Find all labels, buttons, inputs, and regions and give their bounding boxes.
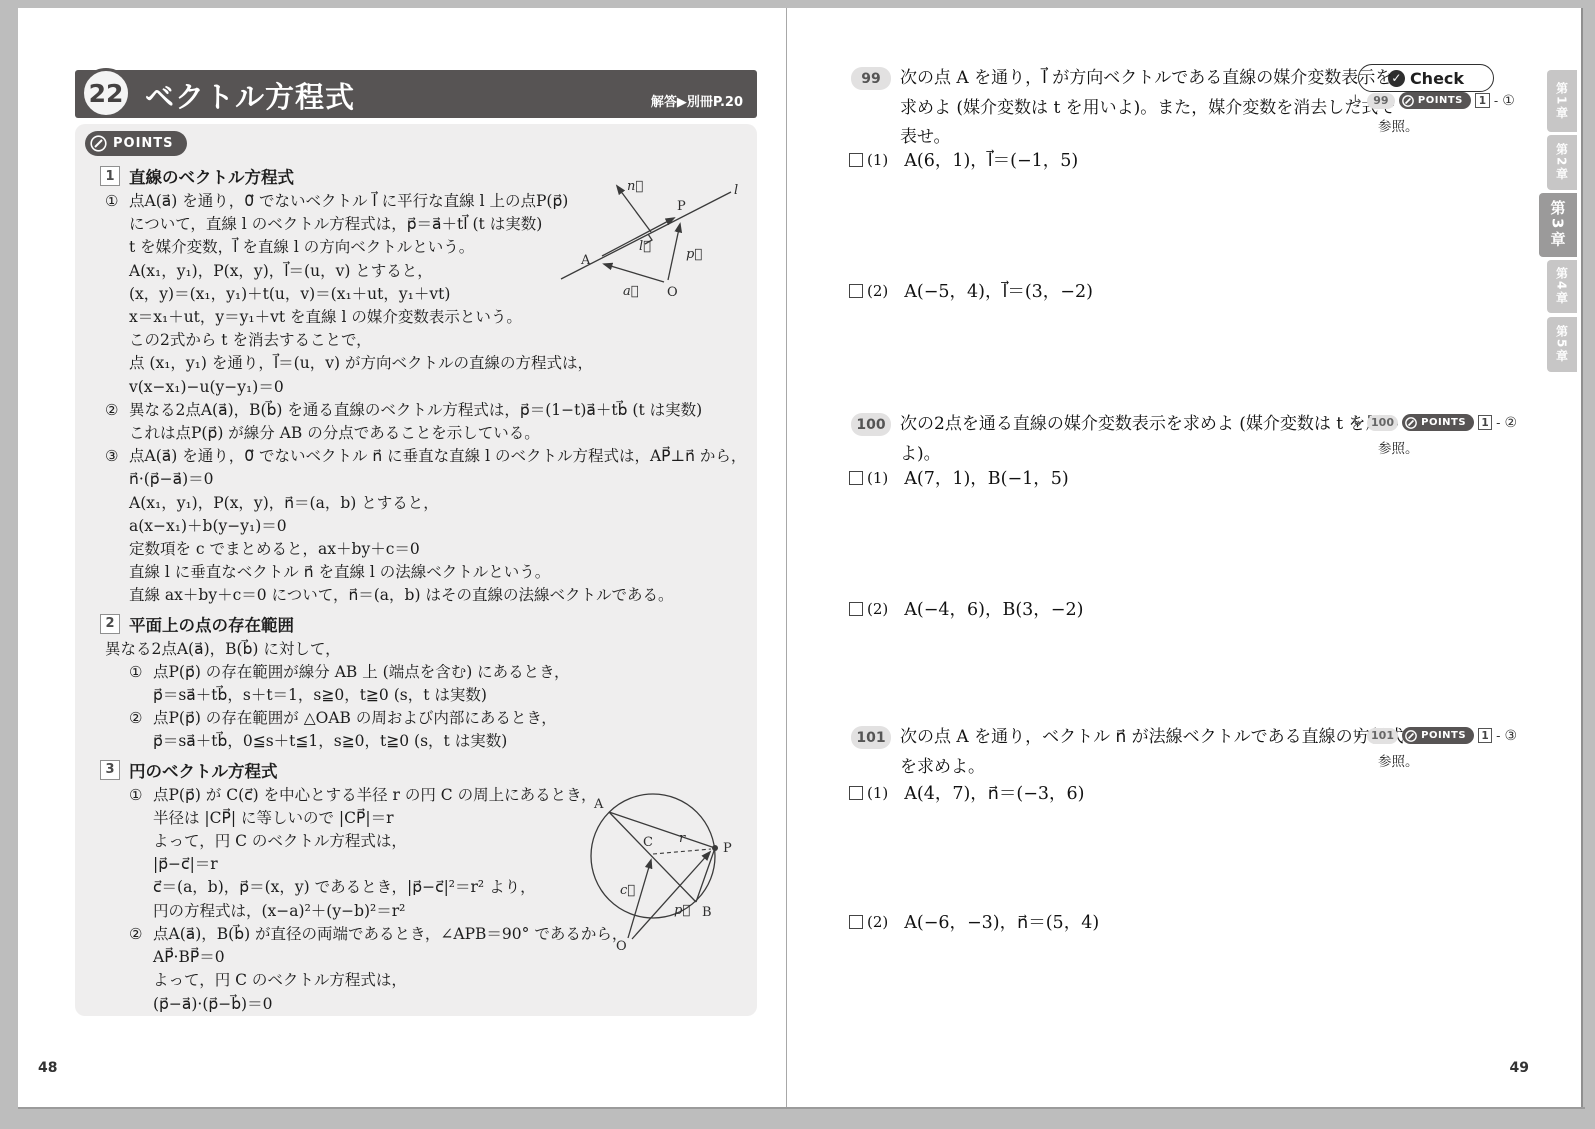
reference-row: ↳99POINTS1-①	[1352, 92, 1517, 109]
unit-header-bar: 22 ベクトル方程式 解答▶別冊P.20	[75, 70, 757, 118]
points-line: p⃗＝sa⃗＋tb⃗，s＋t＝1，s≧0，t≧0 (s，t は実数)	[87, 684, 749, 707]
reference-row: ↳100POINTS1-②	[1352, 414, 1517, 431]
problem-part: (1)A(6，1)，l⃗＝(−1，5)	[849, 147, 1078, 172]
points-line-text: について，直線 l のベクトル方程式は，p⃗＝a⃗＋tl⃗ (t は実数)	[129, 215, 542, 233]
points-line: v(x−x₁)−u(y−y₁)＝0	[87, 376, 749, 399]
points-line: a(x−x₁)＋b(y−y₁)＝0	[87, 515, 749, 538]
points-line-text: a(x−x₁)＋b(y−y₁)＝0	[129, 517, 287, 535]
diagram-label-n-vec: n⃗	[627, 179, 643, 194]
section-title: 平面上の点の存在範囲	[129, 612, 294, 636]
points-reference: ↳100POINTS1-②参照。	[1352, 414, 1517, 457]
ref-points-label: POINTS	[1421, 417, 1466, 428]
points-line-text: n⃗·(p⃗−a⃗)＝0	[129, 470, 214, 488]
ref-item-number: ②	[1504, 415, 1517, 431]
section-number: 2	[100, 614, 120, 634]
ref-points-label: POINTS	[1421, 730, 1466, 741]
chapter-tab-5[interactable]: 第5章	[1547, 317, 1577, 372]
points-line: ②異なる2点A(a⃗)，B(b⃗) を通る直線のベクトル方程式は，p⃗＝(1−t…	[87, 399, 749, 422]
item-marker: ①	[129, 661, 142, 684]
points-line-text: よって，円 C のベクトル方程式は，	[153, 832, 407, 850]
points-line-text: 点P(p⃗) の存在範囲が線分 AB 上 (端点を含む) にあるとき，	[153, 663, 570, 681]
problem-statement: 次の点 A を通り，l⃗ が方向ベクトルである直線の媒介変数表示を求めよ (媒介…	[900, 64, 1405, 153]
ref-arrow-icon: ↳	[1352, 93, 1363, 108]
ref-problem-number: 101	[1367, 728, 1398, 744]
problem: 99次の点 A を通り，l⃗ が方向ベクトルである直線の媒介変数表示を求めよ (…	[787, 64, 1583, 374]
ref-section-number: 1	[1478, 728, 1492, 743]
points-reference: ↳101POINTS1-③参照。	[1352, 727, 1517, 770]
points-line: ①点P(p⃗) の存在範囲が線分 AB 上 (端点を含む) にあるとき，	[87, 661, 749, 684]
points-line: ②点P(p⃗) の存在範囲が △OAB の周および内部にあるとき，	[87, 707, 749, 730]
problem-statement: 次の点 A を通り，ベクトル n⃗ が法線ベクトルである直線の方程式を求めよ。	[900, 723, 1405, 782]
ref-suffix: 参照。	[1378, 115, 1517, 135]
points-line: 直線 ax＋by＋c＝0 について，n⃗＝(a，b) はその直線の法線ベクトルで…	[87, 584, 749, 607]
section-number: 3	[100, 760, 120, 780]
points-line-text: よって，円 C のベクトル方程式は，	[153, 971, 407, 989]
diagram-label-r: r	[679, 831, 686, 846]
points-line-text: この2式から t を消去することで，	[129, 331, 372, 349]
section-title: 円のベクトル方程式	[129, 758, 278, 782]
points-line-text: (p⃗−a⃗)·(p⃗−b⃗)＝0	[153, 995, 272, 1013]
diagram-label-P: P	[723, 841, 732, 856]
part-label: (1)	[867, 784, 888, 802]
part-text: A(−6，−3)，n⃗＝(5，4)	[904, 909, 1099, 934]
diagram-label-a-vec: a⃗	[623, 284, 639, 299]
unit-number-badge: 22	[81, 68, 131, 118]
ref-section-number: 1	[1475, 93, 1490, 108]
ref-dash: -	[1496, 416, 1500, 430]
checkbox[interactable]	[849, 915, 863, 929]
points-line: x＝x₁＋ut，y＝y₁＋vt を直線 l の媒介変数表示という。	[87, 306, 749, 329]
points-line: 直線 l に垂直なベクトル n⃗ を直線 l の法線ベクトルという。	[87, 561, 749, 584]
problem-part: (2)A(−5，4)，l⃗＝(3，−2)	[849, 278, 1093, 303]
section-title: 直線のベクトル方程式	[129, 164, 294, 188]
points-line-text: 点P(p⃗) が C(c⃗) を中心とする半径 r の円 C の周上にあるとき，	[153, 786, 596, 804]
checkbox[interactable]	[849, 153, 863, 167]
points-line-text: (x，y)＝(x₁，y₁)＋t(u，v)＝(x₁＋ut，y₁＋vt)	[129, 285, 450, 303]
points-line-text: |p⃗−c⃗|＝r	[153, 855, 218, 873]
problem-number: 101	[851, 726, 891, 749]
chapter-tab-2[interactable]: 第2章	[1547, 135, 1577, 190]
pencil-icon	[1405, 417, 1417, 429]
points-line-text: 直線 ax＋by＋c＝0 について，n⃗＝(a，b) はその直線の法線ベクトルで…	[129, 586, 673, 604]
diagram-label-P: P	[677, 199, 686, 214]
problem-part: (1)A(4，7)，n⃗＝(−3，6)	[849, 780, 1085, 805]
points-line-text: x＝x₁＋ut，y＝y₁＋vt を直線 l の媒介変数表示という。	[129, 308, 522, 326]
part-label: (2)	[867, 600, 888, 618]
ref-dash: -	[1496, 729, 1500, 743]
problem: 101次の点 A を通り，ベクトル n⃗ が法線ベクトルである直線の方程式を求め…	[787, 723, 1583, 983]
item-marker: ②	[129, 707, 142, 730]
checkbox[interactable]	[849, 284, 863, 298]
page-number-right: 49	[1510, 1060, 1529, 1076]
part-text: A(6，1)，l⃗＝(−1，5)	[904, 147, 1078, 172]
item-marker: ②	[129, 923, 142, 946]
ref-points-pill: POINTS	[1402, 727, 1474, 744]
chapter-tab-3[interactable]: 第3章	[1539, 193, 1577, 257]
points-line-text: 定数項を c でまとめると，ax＋by＋c＝0	[129, 540, 420, 558]
points-line-text: p⃗＝sa⃗＋tb⃗，s＋t＝1，s≧0，t≧0 (s，t は実数)	[153, 686, 487, 704]
points-line-text: 異なる2点A(a⃗)，B(b⃗) を通る直線のベクトル方程式は，p⃗＝(1−t)…	[129, 401, 702, 419]
problem-number: 100	[851, 413, 891, 436]
points-line: これは点P(p⃗) が線分 AB の分点であることを示している。	[87, 422, 749, 445]
points-line-text: v(x−x₁)−u(y−y₁)＝0	[129, 378, 284, 396]
part-text: A(7，1)，B(−1，5)	[904, 465, 1069, 490]
points-line: n⃗·(p⃗−a⃗)＝0	[87, 468, 749, 491]
points-line-text: 点A(a⃗) を通り，0⃗ でないベクトル l⃗ に平行な直線 l 上の点P(p…	[129, 192, 568, 210]
points-line: p⃗＝sa⃗＋tb⃗，0≦s＋t≦1，s≧0，t≧0 (s，t は実数)	[87, 730, 749, 753]
points-line-text: A(x₁，y₁)，P(x，y)，l⃗＝(u，v) とすると，	[129, 262, 433, 280]
section-header: 2平面上の点の存在範囲	[87, 611, 749, 637]
points-reference: ↳99POINTS1-①参照。	[1352, 92, 1517, 135]
diagram-label-A: A	[580, 253, 591, 268]
diagram-label-O: O	[667, 285, 678, 300]
ref-item-number: ①	[1502, 93, 1515, 109]
points-line-text: これは点P(p⃗) が線分 AB の分点であることを示している。	[129, 424, 540, 442]
points-line: 点 (x₁，y₁) を通り，l⃗＝(u，v) が方向ベクトルの直線の方程式は，	[87, 352, 749, 375]
points-line-text: A(x₁，y₁)，P(x，y)，n⃗＝(a，b) とすると，	[129, 494, 439, 512]
ref-dash: -	[1494, 94, 1498, 108]
points-line-text: 点 (x₁，y₁) を通り，l⃗＝(u，v) が方向ベクトルの直線の方程式は，	[129, 354, 593, 372]
part-label: (1)	[867, 151, 888, 169]
problem-part: (2)A(−6，−3)，n⃗＝(5，4)	[849, 909, 1099, 934]
ref-arrow-icon: ↳	[1352, 415, 1363, 430]
points-box: POINTS 1直線のベクトル方程式①点A(a⃗) を通り，0⃗ でないベクトル…	[75, 124, 757, 1016]
circle-diagram: A C r P c⃗ p⃗ B O	[558, 772, 748, 952]
part-label: (2)	[867, 913, 888, 931]
points-line: 定数項を c でまとめると，ax＋by＋c＝0	[87, 538, 749, 561]
points-line: ③点A(a⃗) を通り，0⃗ でないベクトル n⃗ に垂直な直線 l のベクトル…	[87, 445, 749, 468]
line-diagram: l n⃗ P A l⃗ p⃗ a⃗ O	[555, 172, 745, 308]
ref-section-number: 1	[1478, 415, 1492, 430]
checkbox[interactable]	[849, 786, 863, 800]
pencil-icon	[1405, 730, 1417, 742]
problem-part: (1)A(7，1)，B(−1，5)	[849, 465, 1069, 490]
points-line-text: 円の方程式は，(x−a)²＋(y−b)²＝r²	[153, 902, 405, 920]
part-label: (1)	[867, 469, 888, 487]
diagram-label-l: l	[734, 183, 738, 198]
diagram-label-p-vec: p⃗	[674, 903, 690, 918]
ref-problem-number: 99	[1367, 93, 1395, 109]
points-line-text: p⃗＝sa⃗＋tb⃗，0≦s＋t≦1，s≧0，t≧0 (s，t は実数)	[153, 732, 507, 750]
part-text: A(4，7)，n⃗＝(−3，6)	[904, 780, 1084, 805]
ref-arrow-icon: ↳	[1352, 728, 1363, 743]
checkbox[interactable]	[849, 602, 863, 616]
part-text: A(−5，4)，l⃗＝(3，−2)	[904, 278, 1093, 303]
section-number: 1	[100, 166, 120, 186]
points-line: 異なる2点A(a⃗)，B(b⃗) に対して，	[87, 638, 749, 661]
textbook-spread: 22 ベクトル方程式 解答▶別冊P.20 POINTS 1直線のベクトル方程式①…	[0, 0, 1595, 1129]
diagram-label-c-vec: c⃗	[620, 883, 635, 898]
points-line-text: 異なる2点A(a⃗)，B(b⃗) に対して，	[105, 640, 341, 658]
points-line-text: 直線 l に垂直なベクトル n⃗ を直線 l の法線ベクトルという。	[129, 563, 550, 581]
ref-problem-number: 100	[1367, 415, 1398, 431]
unit-title: ベクトル方程式	[145, 75, 355, 116]
points-line: A(x₁，y₁)，P(x，y)，n⃗＝(a，b) とすると，	[87, 492, 749, 515]
points-badge-label: POINTS	[113, 136, 174, 151]
diagram-label-p-vec: p⃗	[686, 247, 702, 262]
item-marker: ②	[105, 399, 118, 422]
ref-points-pill: POINTS	[1402, 414, 1474, 431]
points-line-text: 点A(a⃗) を通り，0⃗ でないベクトル n⃗ に垂直な直線 l のベクトル方…	[129, 447, 746, 465]
points-line-text: 半径は |CP⃗| に等しいので |CP⃗|＝r	[153, 809, 394, 827]
points-line: (p⃗−a⃗)·(p⃗−b⃗)＝0	[87, 993, 749, 1016]
answer-reference: 解答▶別冊P.20	[651, 91, 743, 110]
ref-suffix: 参照。	[1378, 750, 1517, 770]
points-line: この2式から t を消去することで，	[87, 329, 749, 352]
pencil-icon	[1402, 95, 1414, 107]
page-number-left: 48	[38, 1060, 57, 1076]
chapter-tab-4[interactable]: 第4章	[1547, 260, 1577, 313]
item-marker: ①	[129, 784, 142, 807]
unit-number: 22	[89, 79, 124, 108]
ref-item-number: ③	[1504, 728, 1517, 744]
part-text: A(−4，6)，B(3，−2)	[904, 596, 1083, 621]
problem: 100次の2点を通る直線の媒介変数表示を求めよ (媒介変数は t を用いよ)。(…	[787, 410, 1583, 720]
left-page: 22 ベクトル方程式 解答▶別冊P.20 POINTS 1直線のベクトル方程式①…	[18, 8, 787, 1108]
reference-row: ↳101POINTS1-③	[1352, 727, 1517, 744]
pencil-icon	[90, 135, 107, 152]
points-section: 2平面上の点の存在範囲異なる2点A(a⃗)，B(b⃗) に対して，①点P(p⃗)…	[87, 611, 749, 754]
problem-part: (2)A(−4，6)，B(3，−2)	[849, 596, 1083, 621]
right-page: ✓ Check 99次の点 A を通り，l⃗ が方向ベクトルである直線の媒介変数…	[787, 8, 1583, 1108]
diagram-label-B: B	[702, 905, 712, 920]
diagram-label-C: C	[643, 835, 653, 850]
ref-suffix: 参照。	[1378, 437, 1517, 457]
points-line-text: AP⃗·BP⃗＝0	[153, 948, 225, 966]
points-line-text: 点P(p⃗) の存在範囲が △OAB の周および内部にあるとき，	[153, 709, 557, 727]
points-line-text: t を媒介変数，l⃗ を直線 l の方向ベクトルという。	[129, 238, 474, 256]
points-line: よって，円 C のベクトル方程式は，	[87, 969, 749, 992]
part-label: (2)	[867, 282, 888, 300]
problem-statement: 次の2点を通る直線の媒介変数表示を求めよ (媒介変数は t を用いよ)。	[900, 410, 1405, 469]
points-line-text: c⃗＝(a，b)，p⃗＝(x，y) であるとき，|p⃗−c⃗|²＝r² より，	[153, 878, 536, 896]
item-marker: ③	[105, 445, 118, 468]
problem-number: 99	[851, 67, 891, 90]
diagram-label-l-vec: l⃗	[639, 239, 651, 254]
ref-points-pill: POINTS	[1399, 92, 1471, 109]
diagram-label-A: A	[593, 797, 604, 812]
ref-points-label: POINTS	[1418, 95, 1463, 106]
points-badge: POINTS	[85, 131, 187, 156]
checkbox[interactable]	[849, 471, 863, 485]
chapter-tab-1[interactable]: 第1章	[1547, 70, 1577, 132]
item-marker: ①	[105, 190, 118, 213]
diagram-label-O: O	[616, 939, 627, 952]
points-line-text: 点A(a⃗)，B(b⃗) が直径の両端であるとき，∠APB＝90° であるから，	[153, 925, 627, 943]
